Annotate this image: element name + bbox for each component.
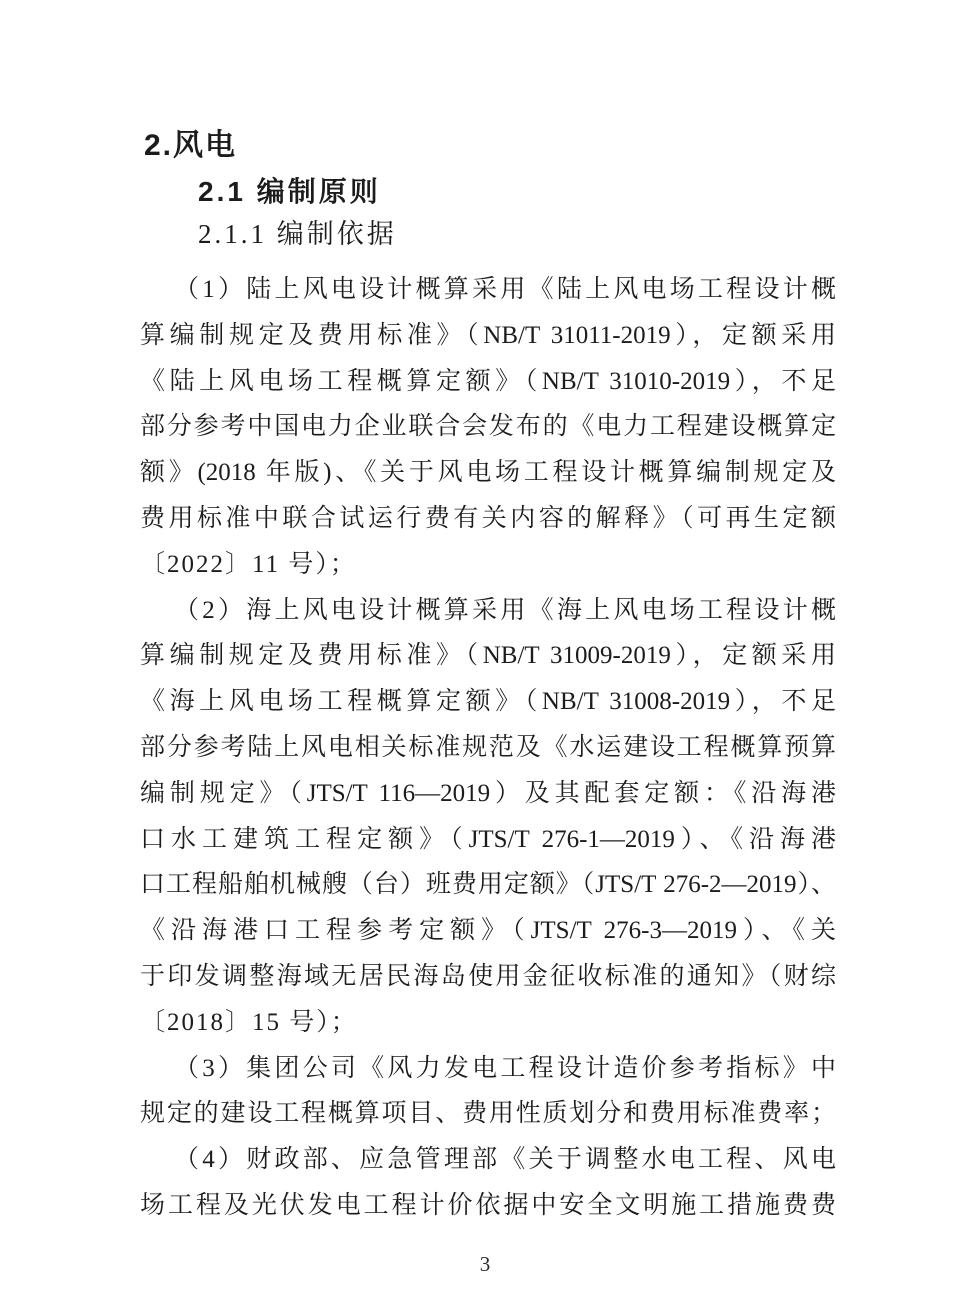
text-line: 《沿海港口工程参考定额》（JTS/T 276-3—2019）、《关	[140, 908, 836, 954]
text-line: 口工程船舶机械艘（台）班费用定额》（JTS/T 276-2—2019）、	[140, 862, 836, 908]
subsection-title: 2.1 编制原则	[198, 170, 381, 214]
text-line: 于印发调整海域无居民海岛使用金征收标准的通知》（财综	[140, 954, 836, 1000]
text-line: 《陆上风电场工程概算定额》（NB/T 31010-2019），不足	[140, 359, 836, 405]
text-line: 算编制规定及费用标准》（NB/T 31011-2019），定额采用	[140, 313, 836, 359]
text-line: 算编制规定及费用标准》（NB/T 31009-2019），定额采用	[140, 633, 836, 679]
text-line: 〔2018〕15 号）；	[140, 1000, 836, 1046]
paragraph: （2）海上风电设计概算采用《海上风电场工程设计概算编制规定及费用标准》（NB/T…	[140, 588, 836, 1046]
text-line: （2）海上风电设计概算采用《海上风电场工程设计概	[140, 588, 836, 634]
text-line: 场工程及光伏发电工程计价依据中安全文明施工措施费费	[140, 1183, 836, 1229]
text-line: 〔2022〕11 号）；	[140, 542, 836, 588]
text-line: （1）陆上风电设计概算采用《陆上风电场工程设计概	[140, 267, 836, 313]
subsubsection-title: 2.1.1 编制依据	[198, 212, 397, 256]
text-line: 费用标准中联合试运行费有关内容的解释》（可再生定额	[140, 496, 836, 542]
text-line: 《海上风电场工程概算定额》（NB/T 31008-2019），不足	[140, 679, 836, 725]
paragraph: （4）财政部、应急管理部《关于调整水电工程、风电场工程及光伏发电工程计价依据中安…	[140, 1137, 836, 1229]
text-line: 额》(2018 年版)、《关于风电场工程设计概算编制规定及	[140, 450, 836, 496]
text-line: 规定的建设工程概算项目、费用性质划分和费用标准费率；	[140, 1091, 836, 1137]
page-number: 3	[0, 1252, 970, 1277]
document-body: （1）陆上风电设计概算采用《陆上风电场工程设计概算编制规定及费用标准》（NB/T…	[140, 267, 836, 1229]
text-line: 编制规定》（JTS/T 116—2019）及其配套定额：《沿海港	[140, 771, 836, 817]
paragraph: （3）集团公司《风力发电工程设计造价参考指标》中规定的建设工程概算项目、费用性质…	[140, 1046, 836, 1138]
text-line: （3）集团公司《风力发电工程设计造价参考指标》中	[140, 1046, 836, 1092]
text-line: 口水工建筑工程定额》（JTS/T 276-1—2019）、《沿海港	[140, 817, 836, 863]
text-line: （4）财政部、应急管理部《关于调整水电工程、风电	[140, 1137, 836, 1183]
text-line: 部分参考陆上风电相关标准规范及《水运建设工程概算预算	[140, 725, 836, 771]
text-line: 部分参考中国电力企业联合会发布的《电力工程建设概算定	[140, 404, 836, 450]
paragraph: （1）陆上风电设计概算采用《陆上风电场工程设计概算编制规定及费用标准》（NB/T…	[140, 267, 836, 588]
section-title: 2.风电	[144, 124, 237, 168]
